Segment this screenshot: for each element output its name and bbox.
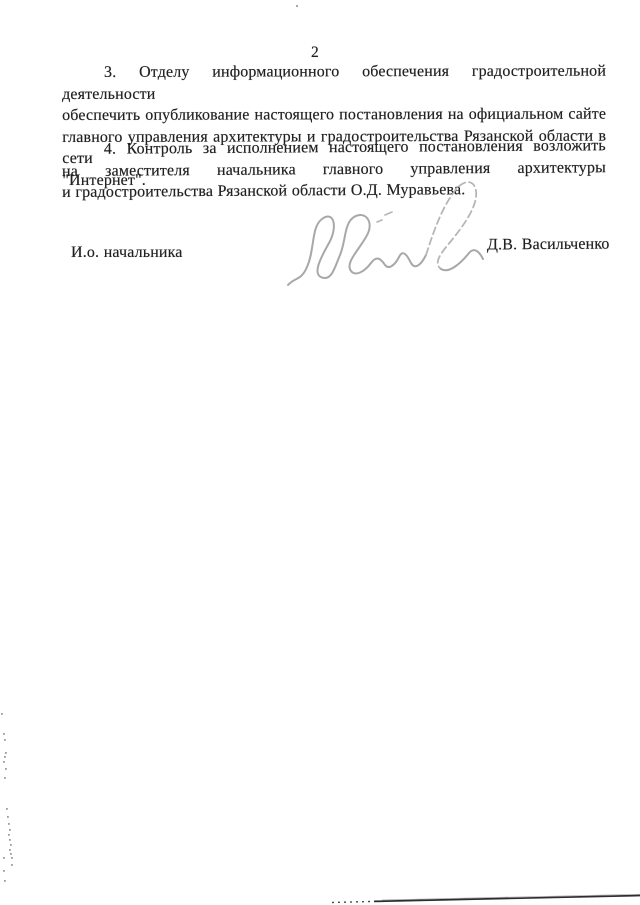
signer-name: Д.В. Васильченко: [487, 234, 610, 256]
body-text-line: 4. Контроль за исполнением настоящего по…: [62, 135, 606, 160]
handwritten-signature: [282, 170, 496, 298]
body-text-line: обеспечить опубликование настоящего пост…: [62, 104, 606, 127]
scanned-document-page: 2 3. Отделу информационного обеспечения …: [0, 0, 640, 905]
body-text-line: 3. Отделу информационного обеспечения гр…: [62, 61, 606, 105]
scan-edge-artifact: [322, 888, 640, 905]
scan-dots-artifact: [0, 703, 20, 898]
signer-title: И.о. начальника: [71, 242, 183, 264]
scan-speck-artifact: [296, 5, 298, 7]
